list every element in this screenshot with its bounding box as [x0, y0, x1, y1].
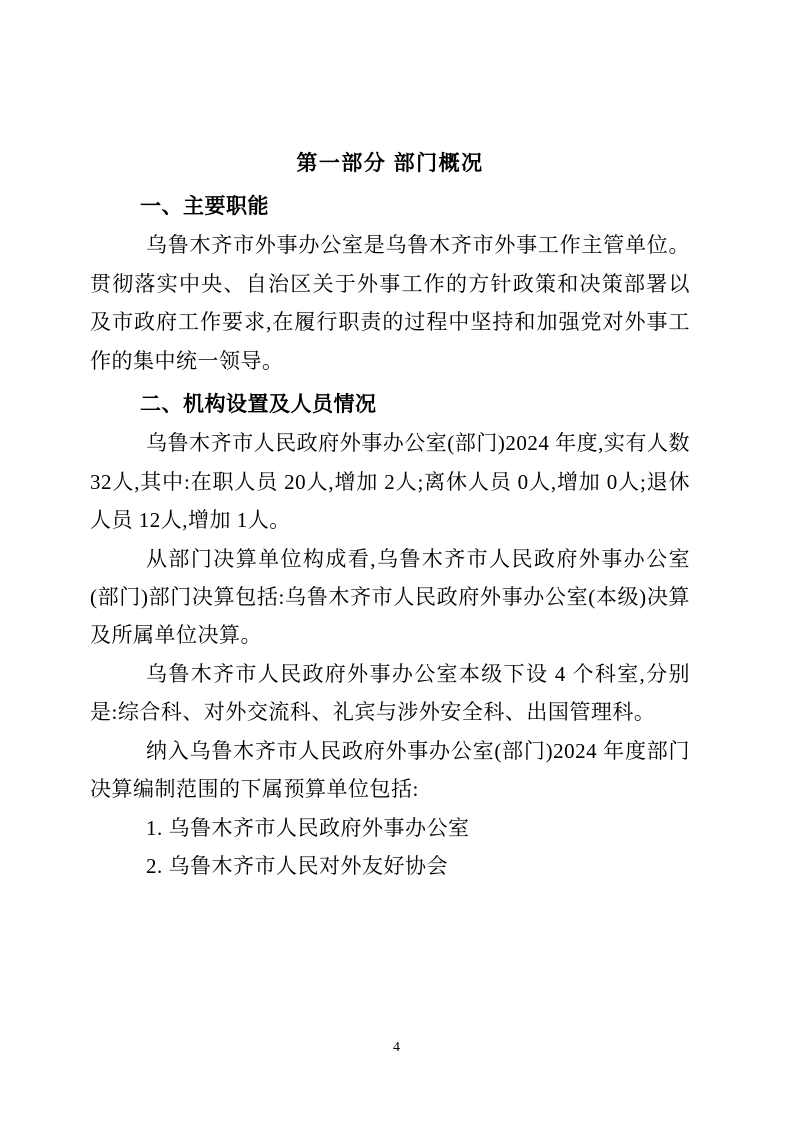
section-2-paragraph-3: 乌鲁木齐市人民政府外事办公室本级下设 4 个科室,分别是:综合科、对外交流科、礼…	[90, 655, 690, 732]
document-content: 第一部分 部门概况 一、主要职能 乌鲁木齐市外事办公室是乌鲁木齐市外事工作主管单…	[90, 145, 690, 885]
page-title: 第一部分 部门概况	[90, 145, 690, 183]
section-2-heading: 二、机构设置及人员情况	[90, 386, 690, 424]
section-2-paragraph-1: 乌鲁木齐市人民政府外事办公室(部门)2024 年度,实有人数 32人,其中:在职…	[90, 424, 690, 539]
section-1-heading: 一、主要职能	[90, 188, 690, 226]
page-number: 4	[0, 1038, 793, 1058]
section-1-paragraph-1: 乌鲁木齐市外事办公室是乌鲁木齐市外事工作主管单位。贯彻落实中央、自治区关于外事工…	[90, 226, 690, 380]
budget-unit-list-item-2: 2. 乌鲁木齐市人民对外友好协会	[90, 847, 690, 885]
section-2-paragraph-2: 从部门决算单位构成看,乌鲁木齐市人民政府外事办公室(部门)部门决算包括:乌鲁木齐…	[90, 540, 690, 655]
budget-unit-list-item-1: 1. 乌鲁木齐市人民政府外事办公室	[90, 809, 690, 847]
document-page: 第一部分 部门概况 一、主要职能 乌鲁木齐市外事办公室是乌鲁木齐市外事工作主管单…	[0, 0, 793, 1122]
section-2-paragraph-4: 纳入乌鲁木齐市人民政府外事办公室(部门)2024 年度部门决算编制范围的下属预算…	[90, 732, 690, 809]
